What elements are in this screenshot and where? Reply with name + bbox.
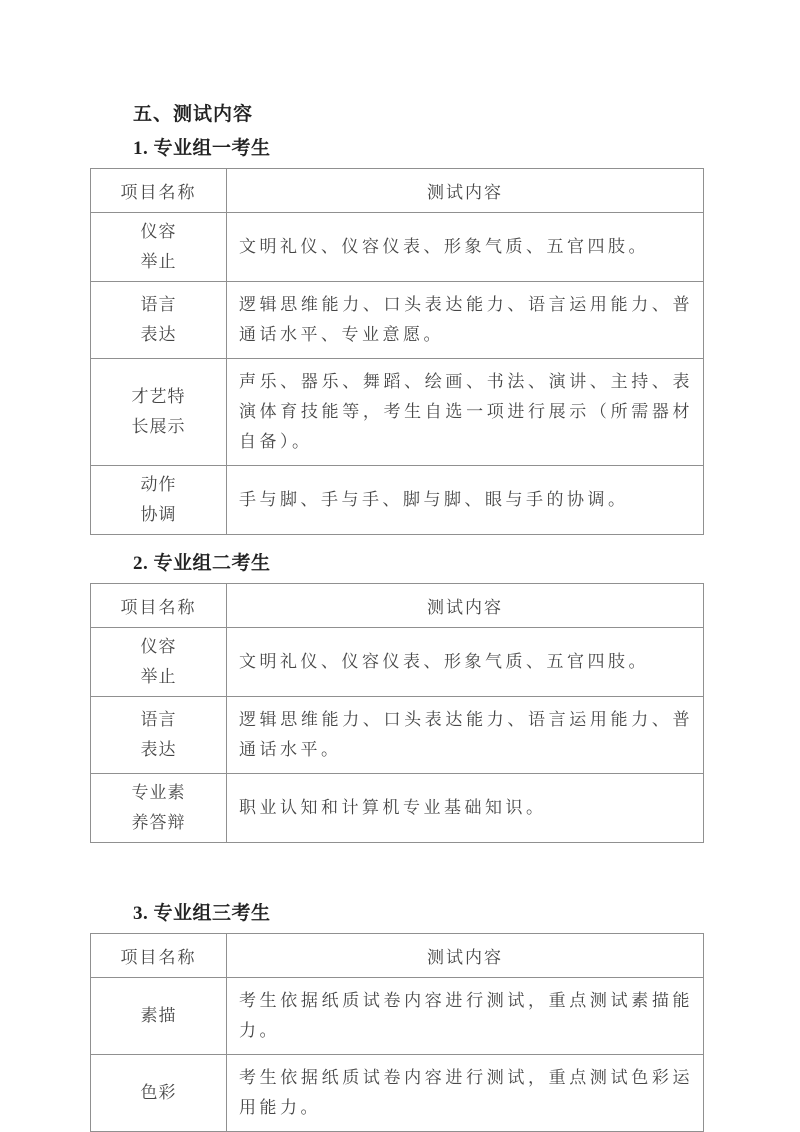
project-cell: 色彩 <box>91 1055 227 1132</box>
table-header-row: 项目名称 测试内容 <box>91 934 704 978</box>
table-row: 才艺特 长展示 声乐、器乐、舞蹈、绘画、书法、演讲、主持、表演体育技能等，考生自… <box>91 359 704 466</box>
content-cell: 文明礼仪、仪容仪表、形象气质、五官四肢。 <box>227 628 704 697</box>
document-section-title: 五、测试内容 <box>133 102 703 128</box>
table-row: 仪容 举止 文明礼仪、仪容仪表、形象气质、五官四肢。 <box>91 213 704 282</box>
content-cell: 逻辑思维能力、口头表达能力、语言运用能力、普通话水平。 <box>227 697 704 774</box>
table-row: 色彩 考生依据纸质试卷内容进行测试，重点测试色彩运用能力。 <box>91 1055 704 1132</box>
header-cell-project: 项目名称 <box>91 934 227 978</box>
header-cell-project: 项目名称 <box>91 584 227 628</box>
section-2-table: 项目名称 测试内容 仪容 举止 文明礼仪、仪容仪表、形象气质、五官四肢。 语言 … <box>90 583 704 843</box>
table-header-row: 项目名称 测试内容 <box>91 584 704 628</box>
project-cell: 语言 表达 <box>91 697 227 774</box>
project-cell: 专业素 养答辩 <box>91 774 227 843</box>
header-cell-content: 测试内容 <box>227 934 704 978</box>
content-cell: 声乐、器乐、舞蹈、绘画、书法、演讲、主持、表演体育技能等，考生自选一项进行展示（… <box>227 359 704 466</box>
header-cell-content: 测试内容 <box>227 169 704 213</box>
header-cell-content: 测试内容 <box>227 584 704 628</box>
table-row: 素描 考生依据纸质试卷内容进行测试，重点测试素描能力。 <box>91 978 704 1055</box>
project-cell: 素描 <box>91 978 227 1055</box>
table-header-row: 项目名称 测试内容 <box>91 169 704 213</box>
section-2-heading: 2. 专业组二考生 <box>133 551 703 577</box>
table-row: 语言 表达 逻辑思维能力、口头表达能力、语言运用能力、普通话水平、专业意愿。 <box>91 282 704 359</box>
content-cell: 考生依据纸质试卷内容进行测试，重点测试色彩运用能力。 <box>227 1055 704 1132</box>
content-cell: 考生依据纸质试卷内容进行测试，重点测试素描能力。 <box>227 978 704 1055</box>
table-row: 专业素 养答辩 职业认知和计算机专业基础知识。 <box>91 774 704 843</box>
section-3-table: 项目名称 测试内容 素描 考生依据纸质试卷内容进行测试，重点测试素描能力。 色彩… <box>90 933 704 1132</box>
content-cell: 逻辑思维能力、口头表达能力、语言运用能力、普通话水平、专业意愿。 <box>227 282 704 359</box>
project-cell: 动作 协调 <box>91 466 227 535</box>
table-row: 动作 协调 手与脚、手与手、脚与脚、眼与手的协调。 <box>91 466 704 535</box>
document-page: 五、测试内容 1. 专业组一考生 项目名称 测试内容 仪容 举止 文明礼仪、仪容… <box>0 0 800 1132</box>
project-cell: 仪容 举止 <box>91 628 227 697</box>
content-cell: 文明礼仪、仪容仪表、形象气质、五官四肢。 <box>227 213 704 282</box>
content-cell: 手与脚、手与手、脚与脚、眼与手的协调。 <box>227 466 704 535</box>
section-1-table: 项目名称 测试内容 仪容 举止 文明礼仪、仪容仪表、形象气质、五官四肢。 语言 … <box>90 168 704 535</box>
section-gap <box>90 843 703 901</box>
project-cell: 语言 表达 <box>91 282 227 359</box>
section-3-heading: 3. 专业组三考生 <box>133 901 703 927</box>
content-cell: 职业认知和计算机专业基础知识。 <box>227 774 704 843</box>
table-row: 语言 表达 逻辑思维能力、口头表达能力、语言运用能力、普通话水平。 <box>91 697 704 774</box>
header-cell-project: 项目名称 <box>91 169 227 213</box>
project-cell: 仪容 举止 <box>91 213 227 282</box>
table-row: 仪容 举止 文明礼仪、仪容仪表、形象气质、五官四肢。 <box>91 628 704 697</box>
project-cell: 才艺特 长展示 <box>91 359 227 466</box>
section-1-heading: 1. 专业组一考生 <box>133 136 703 162</box>
section-gap <box>90 535 703 551</box>
